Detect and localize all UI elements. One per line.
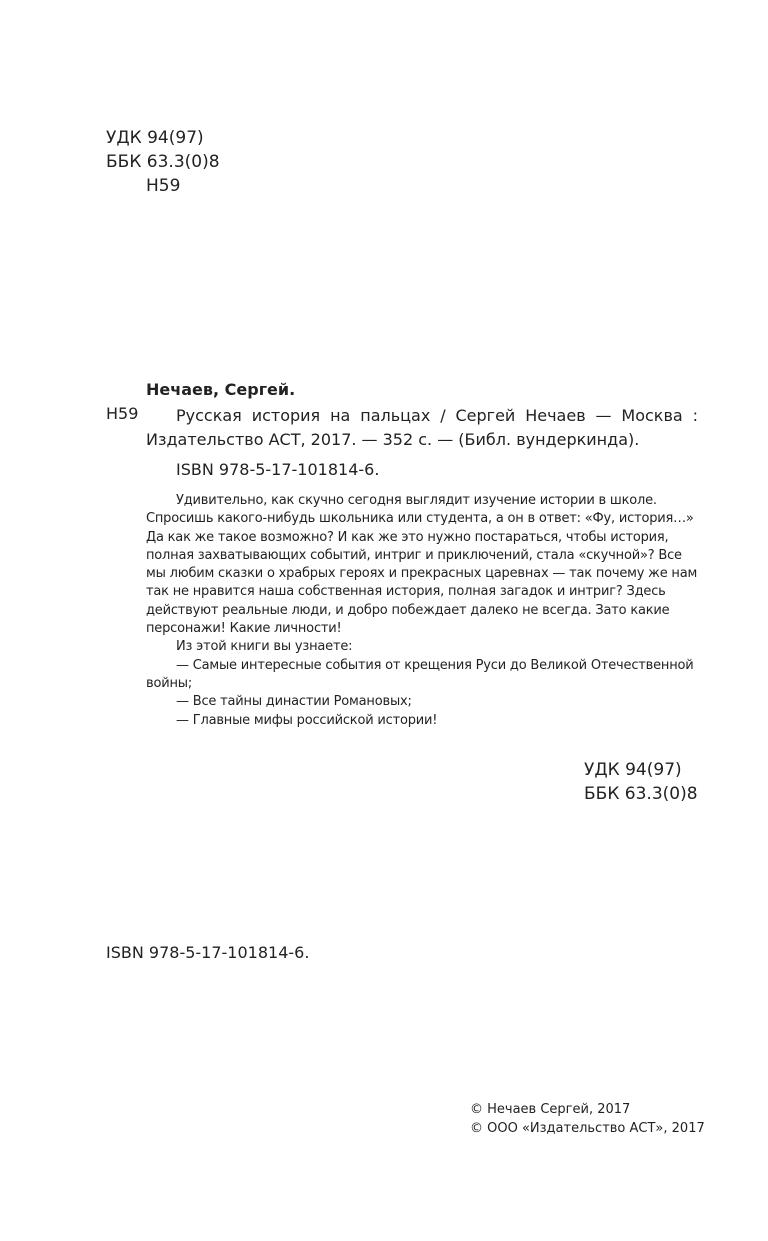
classification-block-top: УДК 94(97) ББК 63.3(0)8 Н59 [106, 126, 220, 198]
copyright-author: © Нечаев Сергей, 2017 [470, 1100, 705, 1119]
classification-block-right: УДК 94(97) ББК 63.3(0)8 [584, 758, 698, 806]
author-heading: Нечаев, Сергей. [146, 380, 295, 399]
copyright-publisher: © ООО «Издательство АСТ», 2017 [470, 1119, 705, 1138]
annotation-item: — Главные мифы российской истории! [146, 712, 698, 730]
publication-line: Издательство АСТ, 2017. — 352 с. — (Библ… [146, 430, 639, 449]
annotation-intro: Из этой книги вы узнаете: [146, 638, 698, 656]
title-line: Русская история на пальцах / Сергей Неча… [146, 404, 698, 428]
isbn-record: ISBN 978-5-17-101814-6. [176, 460, 379, 479]
author-mark: Н59 [106, 174, 220, 198]
bbk-code: ББК 63.3(0)8 [584, 782, 698, 806]
annotation-paragraph: Удивительно, как скучно сегодня выглядит… [146, 492, 698, 638]
isbn-bottom: ISBN 978-5-17-101814-6. [106, 943, 309, 962]
bbk-code: ББК 63.3(0)8 [106, 150, 220, 174]
annotation: Удивительно, как скучно сегодня выглядит… [146, 492, 698, 730]
udk-code: УДК 94(97) [584, 758, 698, 782]
udk-code: УДК 94(97) [106, 126, 220, 150]
annotation-item: — Самые интересные события от крещения Р… [146, 657, 698, 694]
bibliographic-entry: Русская история на пальцах / Сергей Неча… [146, 404, 698, 452]
copyright-block: © Нечаев Сергей, 2017 © ООО «Издательств… [470, 1100, 705, 1138]
author-mark-left: Н59 [106, 404, 138, 423]
annotation-item: — Все тайны династии Романовых; [146, 693, 698, 711]
